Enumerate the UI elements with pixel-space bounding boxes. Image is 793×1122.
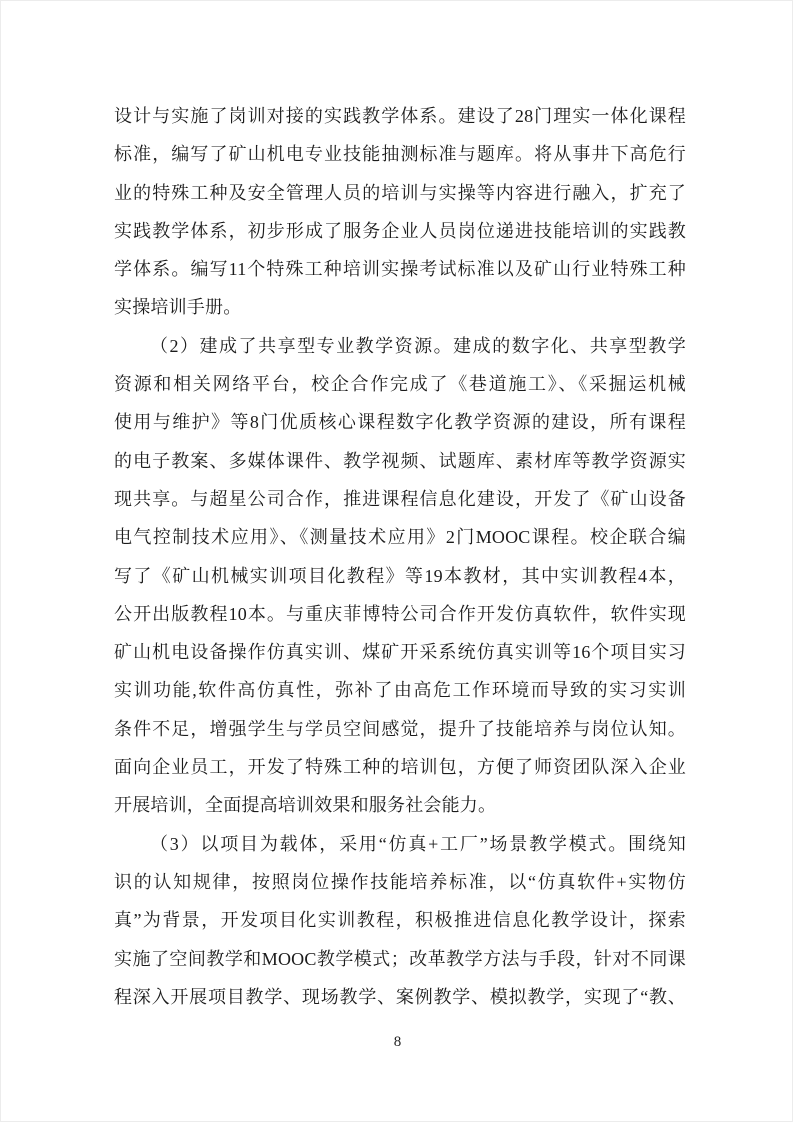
text-line: 的电子教案、多媒体课件、教学视频、试题库、素材库等教学资源实 [114, 442, 686, 480]
text-line: 现共享。与超星公司合作，推进课程信息化建设，开发了《矿山设备 [114, 480, 686, 518]
text-line: 公开出版教程10本。与重庆菲博特公司合作开发仿真软件，软件实现 [114, 595, 686, 633]
page-number: 8 [1, 1034, 793, 1051]
text-line: 业的特殊工种及安全管理人员的培训与实操等内容进行融入，扩充了 [114, 174, 686, 212]
paragraph-item-3: （3）以项目为载体，采用“仿真+工厂”场景教学模式。围绕知 识的认知规律，按照岗… [114, 825, 686, 1016]
text-line: 条件不足，增强学生与学员空间感觉，提升了技能培养与岗位认知。 [114, 710, 686, 748]
text-line: （2）建成了共享型专业教学资源。建成的数字化、共享型教学 [114, 327, 686, 365]
text-line: 学体系。编写11个特殊工种培训实操考试标准以及矿山行业特殊工种 [114, 250, 686, 288]
paragraph-item-2: （2）建成了共享型专业教学资源。建成的数字化、共享型教学 资源和相关网络平台，校… [114, 327, 686, 825]
text-line: 面向企业员工，开发了特殊工种的培训包，方便了师资团队深入企业 [114, 748, 686, 786]
paragraph-continuation: 设计与实施了岗训对接的实践教学体系。建设了28门理实一体化课程 标准，编写了矿山… [114, 97, 686, 327]
text-line: 实训功能,软件高仿真性，弥补了由高危工作环境而导致的实习实训 [114, 671, 686, 709]
document-page: 设计与实施了岗训对接的实践教学体系。建设了28门理实一体化课程 标准，编写了矿山… [0, 0, 793, 1122]
text-line: 电气控制技术应用》、《测量技术应用》2门MOOC课程。校企联合编 [114, 518, 686, 556]
text-line: （3）以项目为载体，采用“仿真+工厂”场景教学模式。围绕知 [114, 825, 686, 863]
text-line: 识的认知规律，按照岗位操作技能培养标准，以“仿真软件+实物仿 [114, 863, 686, 901]
text-line: 实施了空间教学和MOOC教学模式；改革教学方法与手段，针对不同课 [114, 940, 686, 978]
text-line: 资源和相关网络平台，校企合作完成了《巷道施工》、《采掘运机械 [114, 365, 686, 403]
text-line: 真”为背景，开发项目化实训教程，积极推进信息化教学设计，探索 [114, 901, 686, 939]
text-line: 开展培训，全面提高培训效果和服务社会能力。 [114, 786, 686, 824]
text-line: 使用与维护》等8门优质核心课程数字化教学资源的建设，所有课程 [114, 403, 686, 441]
text-line: 设计与实施了岗训对接的实践教学体系。建设了28门理实一体化课程 [114, 97, 686, 135]
text-line: 标准，编写了矿山机电专业技能抽测标准与题库。将从事井下高危行 [114, 135, 686, 173]
text-line: 程深入开展项目教学、现场教学、案例教学、模拟教学，实现了“教、 [114, 978, 686, 1016]
text-line: 实操培训手册。 [114, 288, 686, 326]
document-body: 设计与实施了岗训对接的实践教学体系。建设了28门理实一体化课程 标准，编写了矿山… [114, 97, 686, 1016]
text-line: 矿山机电设备操作仿真实训、煤矿开采系统仿真实训等16个项目实习 [114, 633, 686, 671]
text-line: 实践教学体系，初步形成了服务企业人员岗位递进技能培训的实践教 [114, 212, 686, 250]
text-line: 写了《矿山机械实训项目化教程》等19本教材，其中实训教程4本， [114, 557, 686, 595]
